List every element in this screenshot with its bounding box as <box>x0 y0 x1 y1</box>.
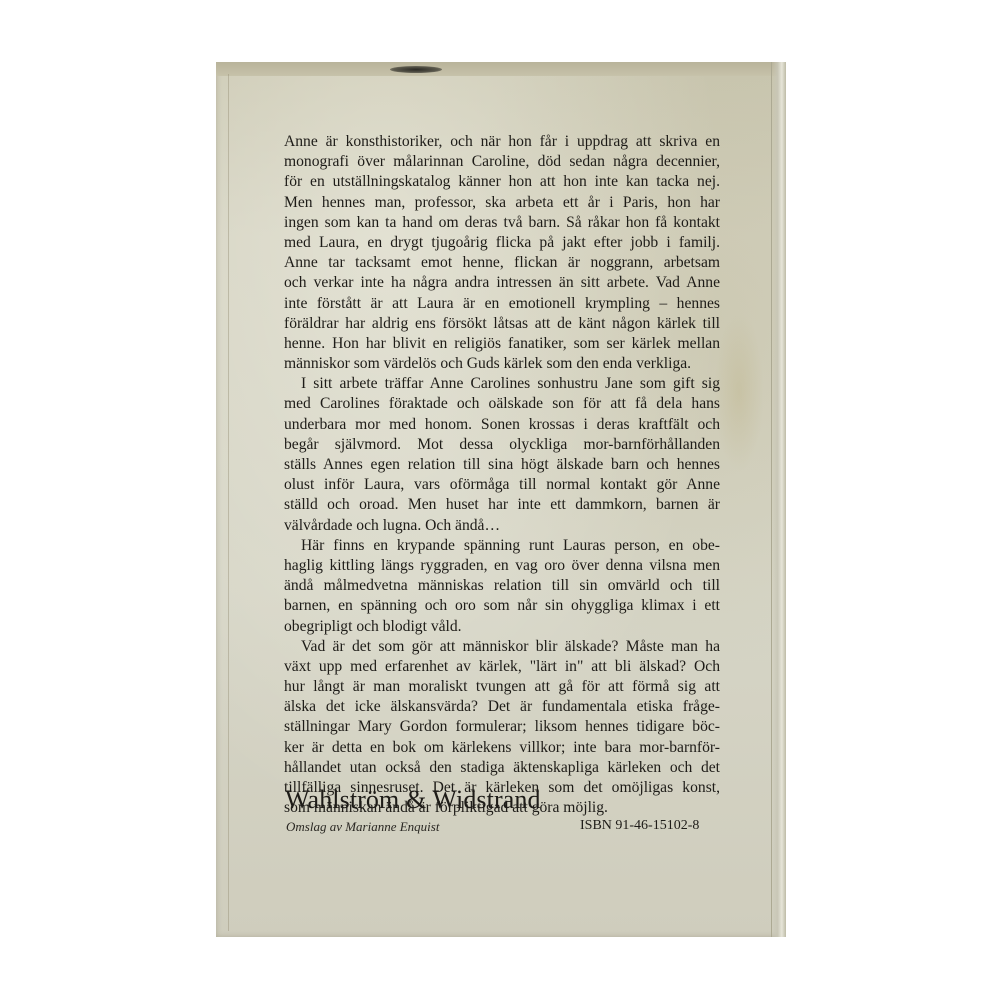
blurb-line: underbara mor med honom. Sonen krossas i… <box>284 415 720 435</box>
blurb-line: begår självmord. Mot dessa olyckliga mor… <box>284 435 720 455</box>
blurb-line: människor som värdelös och Guds kärlek s… <box>284 354 720 374</box>
blurb-line: och verkar inte ha några andra intressen… <box>284 273 720 293</box>
paper-stain <box>714 312 764 472</box>
blurb-line: I sitt arbete träffar Anne Carolines son… <box>284 374 720 394</box>
blurb-line: föräldrar har aldrig ens försökt låtsas … <box>284 314 720 334</box>
cover-right-edge <box>771 62 786 937</box>
blurb-line: barnen, en spänning och oro som når sin … <box>284 596 720 616</box>
blurb-line: ställningar Mary Gordon formulerar; liks… <box>284 717 720 737</box>
blurb-line: välvårdade och lugna. Och ändå… <box>284 516 720 536</box>
blurb-line: Men hennes man, professor, ska arbeta et… <box>284 193 720 213</box>
cover-left-fold <box>220 74 229 931</box>
blurb-line: Anne är konsthistoriker, och när hon får… <box>284 132 720 152</box>
blurb-line: växt upp med erfarenhet av kärlek, "lärt… <box>284 657 720 677</box>
blurb-line: Vad är det som gör att människor blir äl… <box>284 637 720 657</box>
blurb-line: med Carolines föraktade och oälskade son… <box>284 394 720 414</box>
publisher-name: Wahlström & Widstrand <box>285 785 541 815</box>
blurb-line: ker är detta en bok om kärlekens villkor… <box>284 738 720 758</box>
isbn: ISBN 91-46-15102-8 <box>580 818 699 834</box>
blurb-line: älska det icke älskansvärda? Det är fund… <box>284 697 720 717</box>
blurb-line: ingen som kan ta hand om deras två barn.… <box>284 213 720 233</box>
blurb-line: olust inför Laura, vars oförmåga till no… <box>284 475 720 495</box>
blurb-line: henne. Hon har blivit en religiös fanati… <box>284 334 720 354</box>
blurb-line: Anne tar tacksamt emot henne, flickan är… <box>284 253 720 273</box>
blurb-line: ställd och oroad. Men huset har inte ett… <box>284 495 720 515</box>
blurb-line: obegripligt och blodigt våld. <box>284 617 720 637</box>
cover-top-notch <box>390 66 442 73</box>
blurb-line: hållandet utan också den stadiga äktensk… <box>284 758 720 778</box>
blurb-line: haglig kittling längs ryggraden, en vag … <box>284 556 720 576</box>
cover-top-edge <box>216 62 786 76</box>
blurb-line: Här finns en krypande spänning runt Laur… <box>284 536 720 556</box>
blurb-line: med Laura, en drygt tjugoårig flicka på … <box>284 233 720 253</box>
blurb-line: ställs Annes egen relation till sina hög… <box>284 455 720 475</box>
blurb-line: monografi över målarinnan Caroline, död … <box>284 152 720 172</box>
cover-credit: Omslag av Marianne Enquist <box>286 819 439 835</box>
blurb-line: ändå målmedvetna människas relation till… <box>284 576 720 596</box>
blurb-line: hur långt är man moraliskt tvungen att g… <box>284 677 720 697</box>
blurb-line: för en utställningskatalog känner hon at… <box>284 172 720 192</box>
blurb-text: Anne är konsthistoriker, och när hon får… <box>284 132 720 818</box>
blurb-line: inte förstått är att Laura är en emotion… <box>284 294 720 314</box>
